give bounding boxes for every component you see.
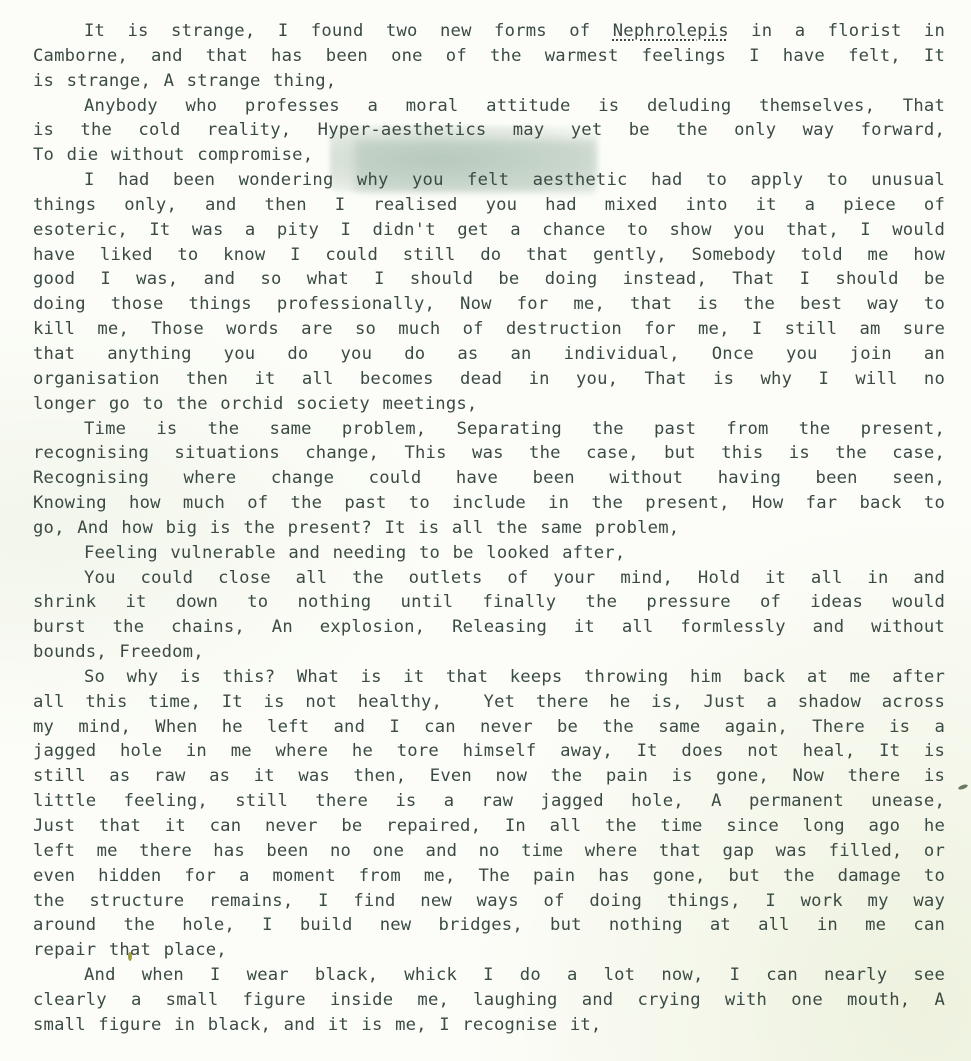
text-line: still as raw as it was then, Even now th…	[33, 764, 945, 789]
text-line: burst the chains, An explosion, Releasin…	[33, 615, 945, 640]
paragraph: It is strange, I found two new forms of …	[33, 19, 945, 94]
paragraph: You could close all the outlets of your …	[33, 566, 945, 665]
document-body: It is strange, I found two new forms of …	[33, 19, 945, 1038]
text-line: left me there has been no one and no tim…	[33, 839, 945, 864]
paragraph: Anybody who professes a moral attitude i…	[33, 94, 945, 169]
underlined-term: Nephrolepis	[613, 21, 729, 41]
text-line: small figure in black, and it is me, I r…	[33, 1013, 945, 1038]
text-line: clearly a small figure inside me, laughi…	[33, 988, 945, 1013]
text-line: around the hole, I build new bridges, bu…	[33, 913, 945, 938]
text-line: Time is the same problem, Separating the…	[33, 417, 945, 442]
text-line: little feeling, still there is a raw jag…	[33, 789, 945, 814]
text-line: all this time, It is not healthy, Yet th…	[33, 690, 945, 715]
text-line: jagged hole in me where he tore himself …	[33, 739, 945, 764]
text-line: Just that it can never be repaired, In a…	[33, 814, 945, 839]
text-line: good I was, and so what I should be doin…	[33, 267, 945, 292]
text-line: longer go to the orchid society meetings…	[33, 392, 945, 417]
text-line: I had been wondering why you felt aesthe…	[33, 168, 945, 193]
paragraph: So why is this? What is it that keeps th…	[33, 665, 945, 963]
text-line: It is strange, I found two new forms of …	[33, 19, 945, 44]
paragraph: And when I wear black, whick I do a lot …	[33, 963, 945, 1038]
text-line: even hidden for a moment from me, The pa…	[33, 864, 945, 889]
text-line: esoteric, It was a pity I didn't get a c…	[33, 218, 945, 243]
text-line: To die without compromise,	[33, 143, 945, 168]
text-line: So why is this? What is it that keeps th…	[33, 665, 945, 690]
paragraph: Time is the same problem, Separating the…	[33, 417, 945, 541]
text-line: repair that place,	[33, 938, 945, 963]
line-text: in a florist in	[729, 21, 945, 41]
text-line: Feeling vulnerable and needing to be loo…	[33, 541, 945, 566]
text-line: Recognising where change could have been…	[33, 466, 945, 491]
text-line: recognising situations change, This was …	[33, 441, 945, 466]
text-line: the structure remains, I find new ways o…	[33, 889, 945, 914]
text-line: shrink it down to nothing until finally …	[33, 590, 945, 615]
text-line: bounds, Freedom,	[33, 640, 945, 665]
text-line: that anything you do you do as an indivi…	[33, 342, 945, 367]
text-line: my mind, When he left and I can never be…	[33, 715, 945, 740]
text-line: have liked to know I could still do that…	[33, 243, 945, 268]
text-line: things only, and then I realised you had…	[33, 193, 945, 218]
margin-speck	[958, 783, 969, 790]
text-line: is the cold reality, Hyper-aesthetics ma…	[33, 118, 945, 143]
text-line: Camborne, and that has been one of the w…	[33, 44, 945, 69]
text-line: doing those things professionally, Now f…	[33, 292, 945, 317]
line-text: It is strange, I found two new forms of	[84, 21, 613, 41]
text-line: go, And how big is the present? It is al…	[33, 516, 945, 541]
text-line: is strange, A strange thing,	[33, 69, 945, 94]
typewritten-page: It is strange, I found two new forms of …	[0, 0, 971, 1061]
text-line: And when I wear black, whick I do a lot …	[33, 963, 945, 988]
text-line: Knowing how much of the past to include …	[33, 491, 945, 516]
paragraph: I had been wondering why you felt aesthe…	[33, 168, 945, 416]
text-line: kill me, Those words are so much of dest…	[33, 317, 945, 342]
text-line: Anybody who professes a moral attitude i…	[33, 94, 945, 119]
text-line: organisation then it all becomes dead in…	[33, 367, 945, 392]
text-line: You could close all the outlets of your …	[33, 566, 945, 591]
paragraph: Feeling vulnerable and needing to be loo…	[33, 541, 945, 566]
